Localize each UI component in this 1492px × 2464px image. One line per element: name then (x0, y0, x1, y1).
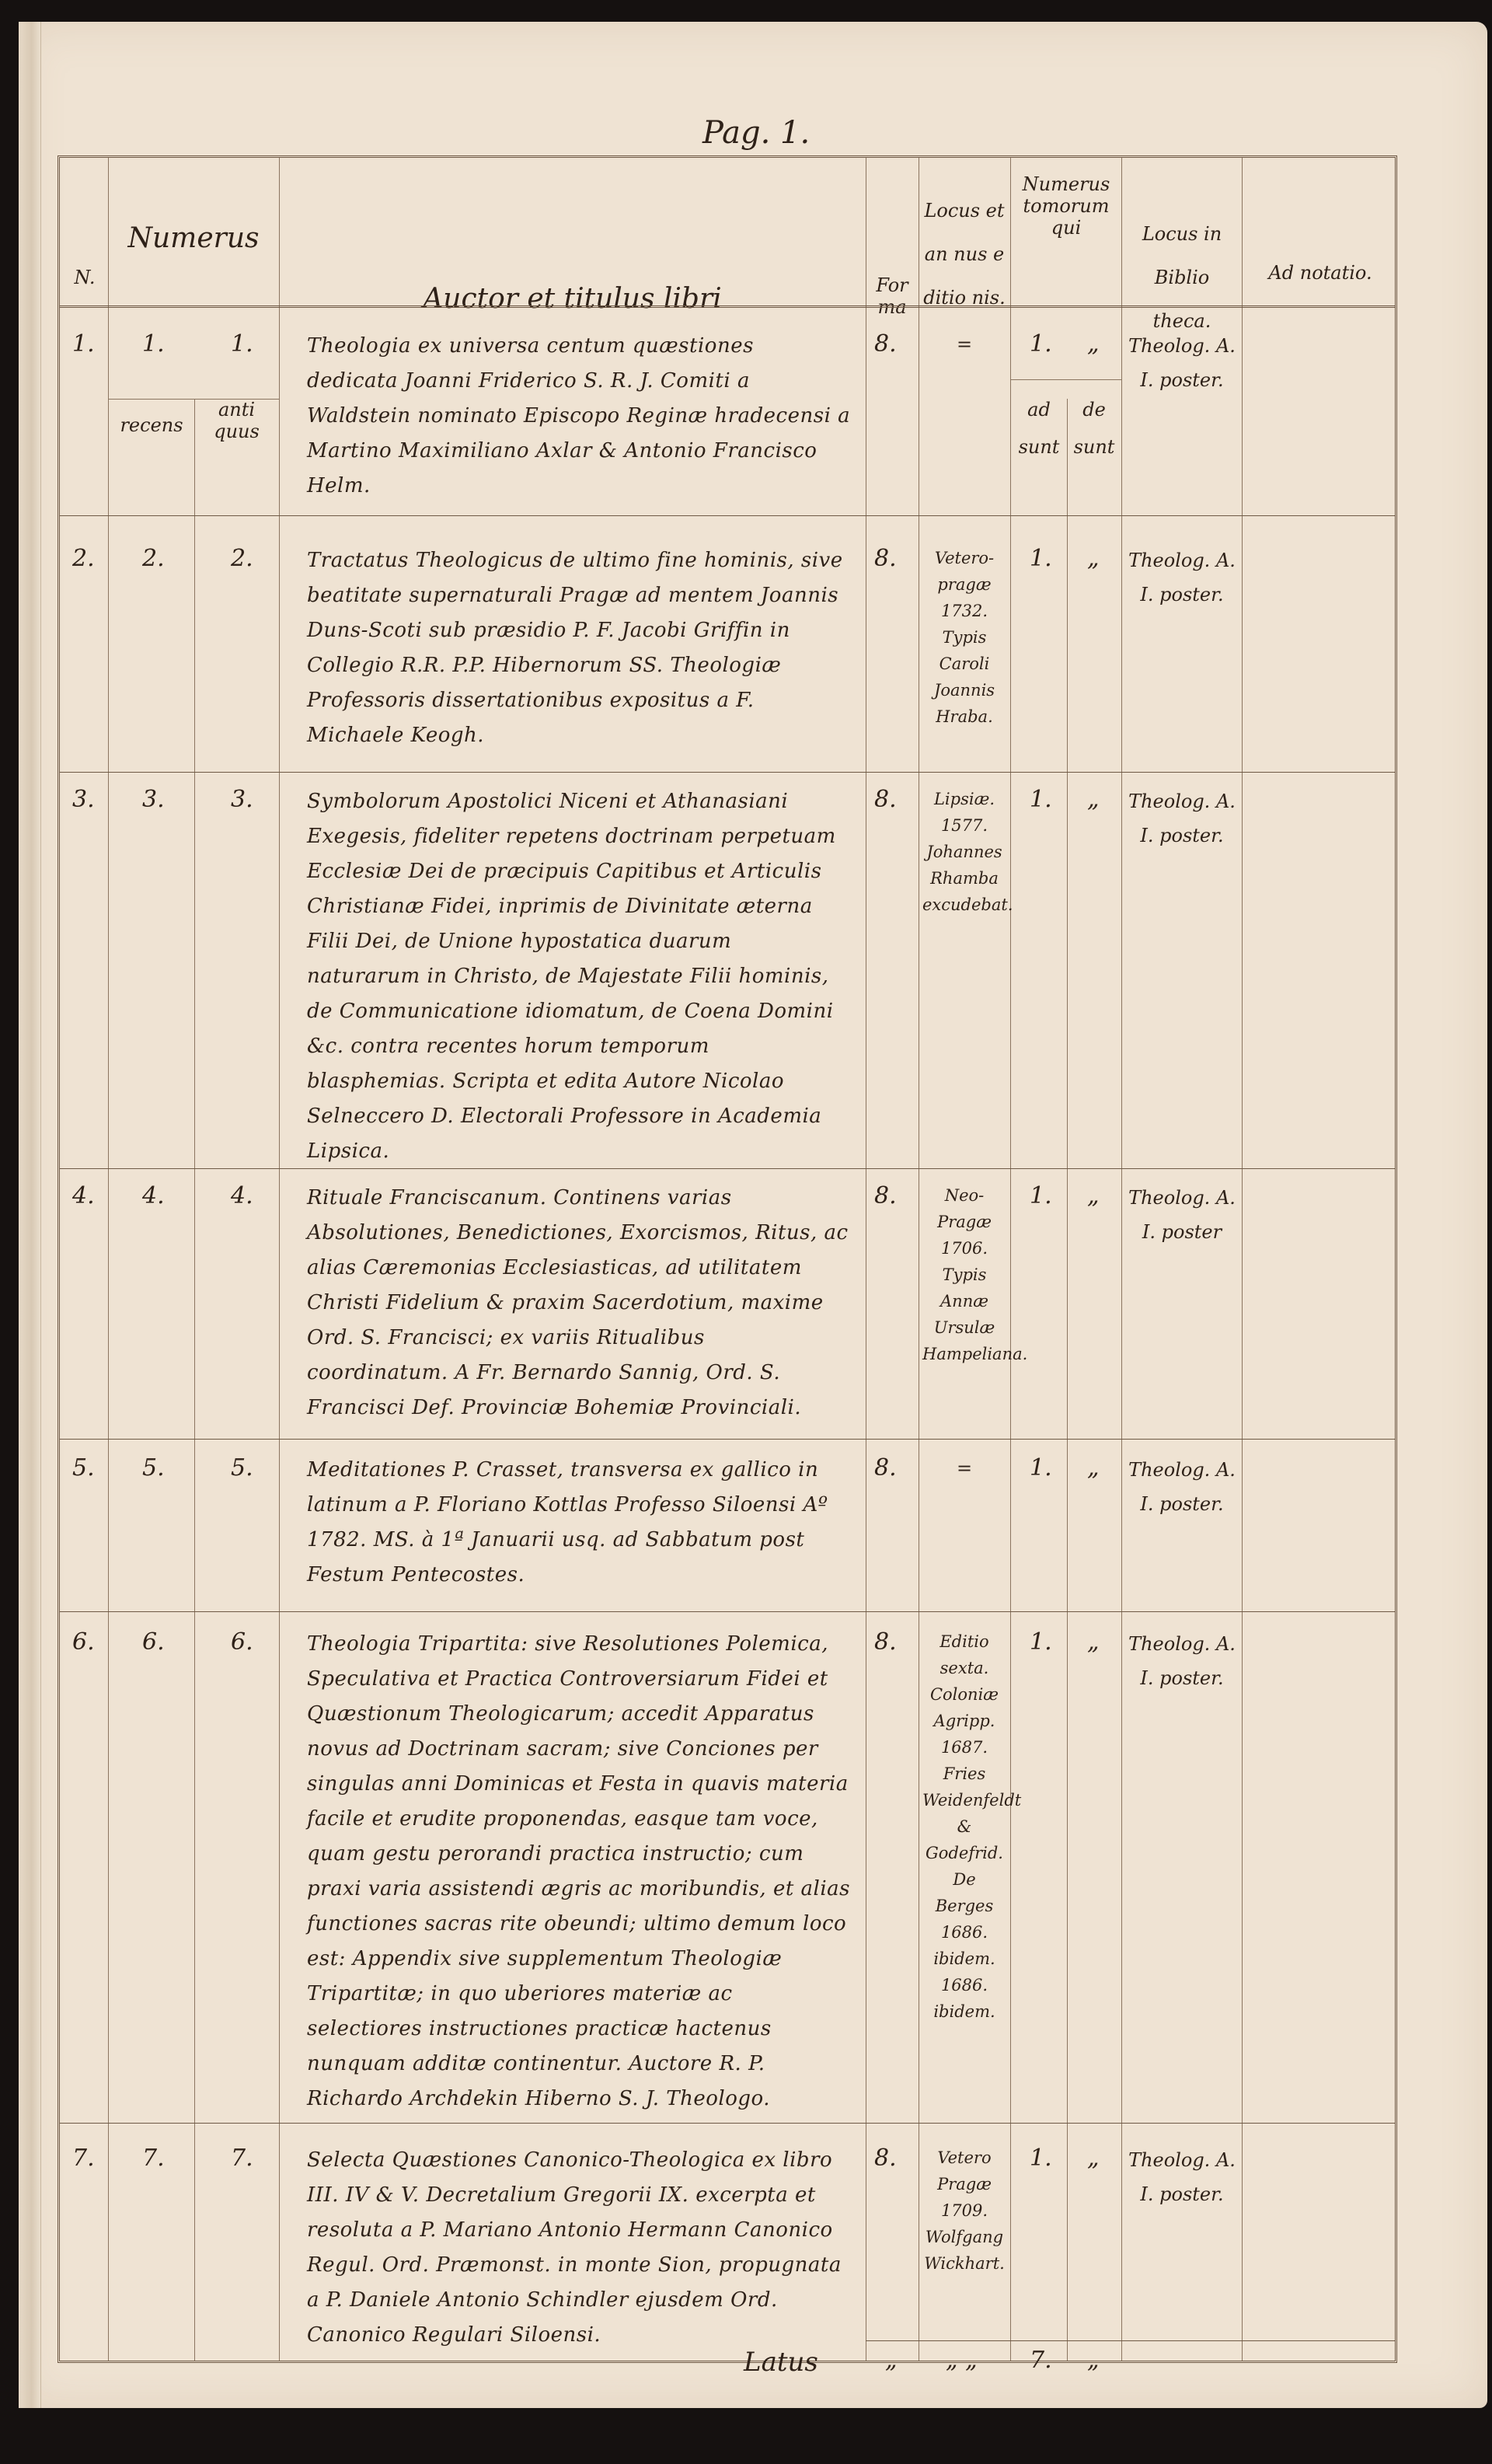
row-separator (60, 515, 1395, 516)
entry-forma: 8. (874, 2145, 897, 2172)
entry-locus-annus: Editio sexta. Coloniæ Agripp. 1687. Frie… (922, 1628, 1006, 2025)
entry-recens: 2. (142, 545, 165, 572)
header-numerus: Numerus (108, 228, 279, 250)
entry-antiquus: 4. (231, 1182, 253, 1209)
catalogue-table: N. Numerus recens anti quus Auctor et ti… (58, 155, 1397, 2363)
entry-desunt: „ (1087, 2145, 1100, 2172)
entry-locus-bibliotheca: Theolog. A. I. poster. (1126, 2143, 1238, 2211)
entry-antiquus: 2. (231, 545, 253, 572)
entry-title: Theologia Tripartita: sive Resolutiones … (307, 1627, 851, 2117)
entry-adsunt: 1. (1030, 786, 1052, 813)
col-divider (279, 158, 280, 2361)
entry-desunt: „ (1087, 1628, 1100, 1656)
entry-desunt: „ (1087, 1454, 1100, 1482)
entry-forma: 8. (874, 1182, 897, 1209)
col-divider (1121, 158, 1122, 2361)
entry-adsunt: 1. (1030, 1628, 1052, 1656)
col-divider (919, 158, 919, 2361)
row-separator (60, 1611, 1395, 1612)
entry-forma: 8. (874, 1628, 897, 1656)
row-separator (60, 772, 1395, 773)
entry-antiquus: 6. (231, 1628, 253, 1656)
latus-adsunt: 7. (1030, 2347, 1052, 2374)
entry-locus-bibliotheca: Theolog. A. I. poster. (1126, 1627, 1238, 1695)
header-recens: recens (110, 414, 193, 436)
entry-locus-bibliotheca: Theolog. A. I. poster (1126, 1181, 1238, 1249)
header-locus-annus: Locus et an nus e ditio nis. (921, 189, 1008, 319)
latus-separator (866, 2340, 1395, 2341)
entry-desunt: „ (1087, 545, 1100, 572)
latus-desunt: „ (1087, 2347, 1100, 2374)
entry-n: 5. (72, 1454, 95, 1482)
entry-adsunt: 1. (1030, 545, 1052, 572)
entry-forma: 8. (874, 786, 897, 813)
entry-recens: 6. (142, 1628, 165, 1656)
entry-n: 6. (72, 1628, 95, 1656)
entry-n: 3. (72, 786, 95, 813)
header-locus-bibliotheca: Locus in Biblio theca. (1123, 212, 1241, 343)
entry-title: Selecta Quæstiones Canonico-Theologica e… (307, 2143, 851, 2353)
col-divider (194, 399, 195, 2361)
latus-label: Latus (744, 2347, 818, 2378)
entry-locus-annus: Neo-Pragæ 1706. Typis Annæ Ursulæ Hampel… (922, 1182, 1006, 1367)
entry-locus-annus: Vetero-pragæ 1732. Typis Caroli Joannis … (922, 545, 1006, 730)
entry-desunt: „ (1087, 1182, 1100, 1209)
col-divider (1242, 158, 1243, 2361)
entry-forma: 8. (874, 330, 897, 358)
entry-title: Rituale Franciscanum. Continens varias A… (307, 1181, 851, 1426)
entry-title: Meditationes P. Crasset, transversa ex g… (307, 1453, 851, 1593)
entry-locus-bibliotheca: Theolog. A. I. poster. (1126, 329, 1238, 397)
latus-forma: „ (885, 2347, 898, 2374)
entry-antiquus: 7. (231, 2145, 253, 2172)
entry-n: 7. (72, 2145, 95, 2172)
col-divider (108, 158, 109, 2361)
entry-forma: 8. (874, 1454, 897, 1482)
header-adsunt: ad sunt (1012, 391, 1066, 466)
col-divider (866, 158, 866, 2361)
entry-title: Symbolorum Apostolici Niceni et Athanasi… (307, 784, 851, 1169)
header-antiquus: anti quus (196, 399, 277, 442)
header-n: N. (64, 267, 105, 288)
entry-recens: 7. (142, 2145, 165, 2172)
entry-locus-bibliotheca: Theolog. A. I. poster. (1126, 784, 1238, 853)
entry-locus-annus: = (922, 1451, 1006, 1485)
entry-n: 1. (72, 330, 95, 358)
entry-title: Tractatus Theologicus de ultimo fine hom… (307, 543, 851, 753)
entry-antiquus: 3. (231, 786, 253, 813)
entry-antiquus: 5. (231, 1454, 253, 1482)
entry-recens: 4. (142, 1182, 165, 1209)
entry-locus-bibliotheca: Theolog. A. I. poster. (1126, 1453, 1238, 1521)
row-separator (60, 1439, 1395, 1440)
header-separator (60, 305, 1395, 308)
entry-locus-annus: Vetero Pragæ 1709. Wolfgang Wickhart. (922, 2145, 1006, 2277)
entry-n: 4. (72, 1182, 95, 1209)
header-forma: For ma (868, 274, 916, 318)
entry-title: Theologia ex universa centum quæstiones … (307, 329, 851, 504)
entry-locus-annus: = (922, 327, 1006, 361)
col-divider (1010, 158, 1011, 2361)
entry-forma: 8. (874, 545, 897, 572)
latus-locus-annus: „ „ (946, 2347, 978, 2374)
entry-desunt: „ (1087, 786, 1100, 813)
entry-recens: 5. (142, 1454, 165, 1482)
header-adnotatio: Ad notatio. (1243, 251, 1397, 295)
row-separator (60, 2123, 1395, 2124)
entry-locus-annus: Lipsiæ. 1577. Johannes Rhamba excudebat. (922, 786, 1006, 918)
header-desunt: de sunt (1068, 391, 1120, 466)
entry-recens: 1. (142, 330, 165, 358)
col-divider (1067, 399, 1068, 2361)
entry-antiquus: 1. (231, 330, 253, 358)
entry-adsunt: 1. (1030, 2145, 1052, 2172)
entry-adsunt: 1. (1030, 1182, 1052, 1209)
book-spine-edge (19, 22, 41, 2408)
manuscript-page: Pag. 1. N. Numerus recens anti quus Auct… (19, 22, 1487, 2408)
entry-desunt: „ (1087, 330, 1100, 358)
header-subdivider (1010, 379, 1121, 380)
entry-n: 2. (72, 545, 95, 572)
entry-adsunt: 1. (1030, 1454, 1052, 1482)
page-label: Pag. 1. (702, 115, 810, 151)
entry-recens: 3. (142, 786, 165, 813)
entry-adsunt: 1. (1030, 330, 1052, 358)
header-numerus-tomorum: Numerus tomorum qui (1012, 173, 1121, 239)
entry-locus-bibliotheca: Theolog. A. I. poster. (1126, 543, 1238, 612)
